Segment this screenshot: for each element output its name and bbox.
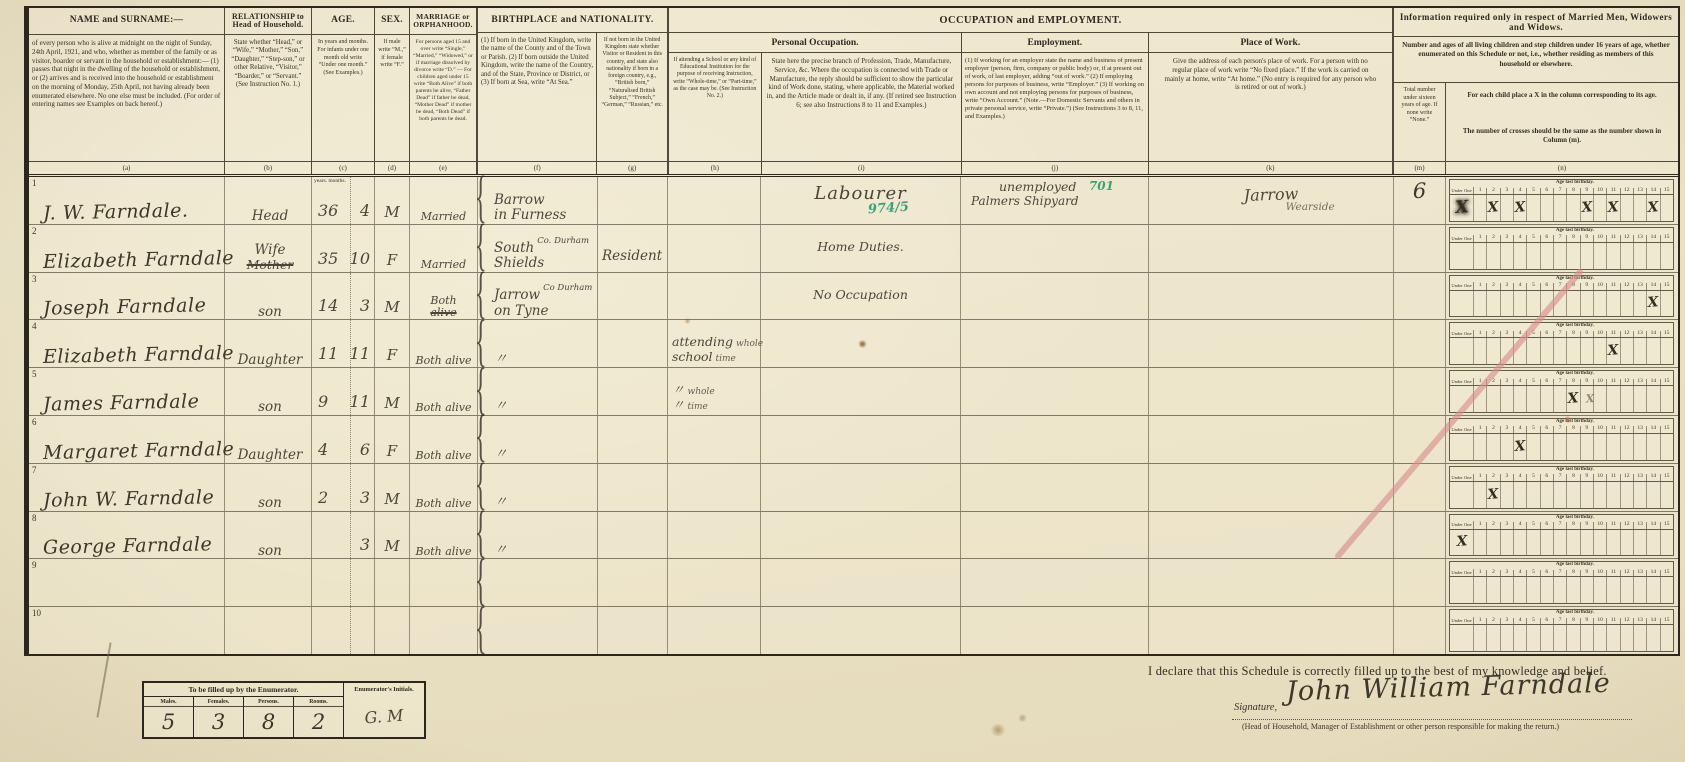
cell-age xyxy=(312,559,375,606)
name-entry: James Farndale xyxy=(43,390,200,415)
cell-relationship: son xyxy=(225,464,312,511)
age-grid-cell xyxy=(1621,338,1634,364)
age-grid-cell xyxy=(1581,577,1594,603)
marriage-entry: Married xyxy=(421,259,466,271)
age-grid-header-label: Age last birthday. xyxy=(1556,228,1594,233)
rooms-header: Rooms. xyxy=(294,697,343,707)
age-grid-cell xyxy=(1514,386,1527,412)
child-age-cross: X xyxy=(1585,392,1594,406)
age-grid-number-header: 1 xyxy=(1474,570,1487,577)
cell-total-under-sixteen xyxy=(1394,273,1446,320)
age-grid-number-header: 14 xyxy=(1647,570,1660,577)
age-grid-cell xyxy=(1450,625,1474,651)
cell-relationship: Head xyxy=(225,177,312,224)
age-grid-number-header: 6 xyxy=(1541,474,1554,481)
age-grid-instruction-2: The number of crosses should be the same… xyxy=(1446,125,1678,161)
birthplace-line1: 〃 xyxy=(494,542,508,558)
age-grid-cell xyxy=(1634,386,1647,412)
age-grid-cell xyxy=(1514,530,1527,556)
cell-occupation: Home Duties. xyxy=(761,225,961,272)
place-of-work-entry xyxy=(1149,229,1393,238)
cell-name: 3 Joseph Farndale xyxy=(29,273,225,320)
age-grid-cell: X xyxy=(1567,386,1580,412)
age-years-entry: 2 xyxy=(318,488,328,507)
age-grid-cell xyxy=(1594,386,1607,412)
header-col-age-grid: For each child place a X in the column c… xyxy=(1446,83,1678,174)
header-col-nationality: If not born in the United Kingdom state … xyxy=(597,33,667,174)
cell-place-of-work xyxy=(1149,559,1394,606)
age-grid-cell: X xyxy=(1487,195,1500,221)
age-grid-cell xyxy=(1661,482,1673,508)
age-grid-number-header: 1 xyxy=(1474,235,1487,242)
age-grid-cell: X xyxy=(1607,338,1620,364)
child-age-cross: X xyxy=(1514,438,1526,455)
cell-place-of-work xyxy=(1149,368,1394,415)
table-row: 4 Elizabeth Farndale Daughter 11 11 F xyxy=(29,320,1678,368)
age-grid-cell: X xyxy=(1514,434,1527,460)
age-grid-cell xyxy=(1474,530,1487,556)
age-grid-cell xyxy=(1501,577,1514,603)
age-grid-cell xyxy=(1501,482,1514,508)
age-grid-number-header: 2 xyxy=(1487,235,1500,242)
age-divider xyxy=(350,607,351,654)
marriage-entry: Both alive xyxy=(415,355,471,367)
cell-employment xyxy=(961,320,1149,367)
attendance-line1-note: whole xyxy=(688,388,715,398)
age-grid-cell xyxy=(1474,434,1487,460)
age-grid-cell xyxy=(1514,482,1527,508)
age-grid-under-one-header: Under One xyxy=(1450,282,1474,289)
age-grid-number-header: 13 xyxy=(1634,474,1647,481)
col-letter-age-grid: (n) xyxy=(1446,161,1678,174)
age-grid-cell xyxy=(1647,338,1660,364)
cell-marriage xyxy=(410,559,478,606)
paper-stain xyxy=(1018,714,1027,722)
col-title-age: AGE. xyxy=(312,8,374,35)
age-grid-number-header: 5 xyxy=(1527,618,1540,625)
cell-employment xyxy=(961,273,1149,320)
cell-age: 9 11 xyxy=(312,368,375,415)
age-grid: Age last birthday.Under One1234567891011… xyxy=(1449,370,1674,413)
age-grid-cell xyxy=(1501,434,1514,460)
age-grid-number-header: 8 xyxy=(1567,379,1580,386)
age-grid-number-header: 2 xyxy=(1487,522,1500,529)
age-grid-number-header: 2 xyxy=(1487,283,1500,290)
age-grid-cell xyxy=(1501,195,1514,221)
age-grid-cell xyxy=(1581,291,1594,317)
age-grid-cell xyxy=(1621,291,1634,317)
name-entry: Joseph Farndale xyxy=(43,295,207,320)
age-months-entry: 3 xyxy=(360,488,370,507)
age-grid-number-header: 13 xyxy=(1634,570,1647,577)
age-grid-cell xyxy=(1594,482,1607,508)
age-divider xyxy=(350,559,351,606)
table-row: 1 J. W. Farndale. Head years. months. 36… xyxy=(29,177,1678,225)
name-entry: Margaret Farndale xyxy=(43,438,235,464)
cell-sex: M xyxy=(375,177,410,224)
age-grid-cell xyxy=(1594,243,1607,269)
table-row: 5 James Farndale son 9 11 M Both ali xyxy=(29,368,1678,416)
age-grid-number-header: 9 xyxy=(1581,618,1594,625)
occupation-code: 974/5 xyxy=(868,200,910,218)
age-grid-cell: X xyxy=(1647,291,1660,317)
age-divider xyxy=(350,512,351,559)
age-grid-number-header: 4 xyxy=(1514,474,1527,481)
cell-occupation xyxy=(761,368,961,415)
age-grid: Age last birthday.Under One1234567891011… xyxy=(1449,322,1674,365)
age-grid-number-header: 7 xyxy=(1554,188,1567,195)
age-grid-number-header: 12 xyxy=(1621,379,1634,386)
age-grid-number-header: 15 xyxy=(1661,474,1673,481)
age-grid-cell xyxy=(1541,434,1554,460)
age-grid-cell xyxy=(1450,577,1474,603)
sex-entry: M xyxy=(375,203,409,221)
age-grid-number-header: 5 xyxy=(1527,283,1540,290)
sex-entry: F xyxy=(375,251,409,269)
age-grid-cell xyxy=(1487,338,1500,364)
age-grid-number-header: 14 xyxy=(1647,283,1660,290)
age-grid-cell xyxy=(1474,482,1487,508)
age-grid-number-header: 2 xyxy=(1487,426,1500,433)
age-grid-cell: X xyxy=(1487,482,1500,508)
signature-note: (Head of Household, Manager of Establish… xyxy=(1242,722,1559,731)
cell-total-under-sixteen xyxy=(1394,607,1446,654)
age-grid-cell xyxy=(1554,386,1567,412)
name-entry: Elizabeth Farndale xyxy=(43,247,234,273)
relationship-entry: son xyxy=(258,545,282,559)
table-row: 7 John W. Farndale son 2 3 M Both al xyxy=(29,464,1678,512)
cell-place-of-work xyxy=(1149,464,1394,511)
col-letter-occupation: (i) xyxy=(762,161,961,174)
header-col-name: NAME and SURNAME:— of every person who i… xyxy=(29,8,225,174)
age-grid-cell xyxy=(1474,625,1487,651)
age-grid-number-header: 5 xyxy=(1527,188,1540,195)
age-grid-number-header: 7 xyxy=(1554,283,1567,290)
age-grid-number-header: 15 xyxy=(1661,570,1673,577)
cell-age-grid: Age last birthday.Under One1234567891011… xyxy=(1446,464,1678,511)
age-grid-number-header: 2 xyxy=(1487,331,1500,338)
cell-sex: M xyxy=(375,464,410,511)
birthplace-line1: 〃 xyxy=(494,398,508,414)
cell-birthplace: { xyxy=(478,559,598,606)
age-grid-cell xyxy=(1661,625,1673,651)
child-age-cross: X xyxy=(1607,199,1619,216)
age-grid-cell: X xyxy=(1450,530,1474,556)
cell-nationality xyxy=(598,320,668,367)
col-letter-attendance: (h) xyxy=(669,161,761,174)
age-grid-cell xyxy=(1554,625,1567,651)
header-col-sex: SEX. If male write “M.,” if female write… xyxy=(375,8,410,174)
age-grid-under-one-header: Under One xyxy=(1450,617,1474,624)
age-grid-header-label: Age last birthday. xyxy=(1556,467,1594,472)
attendance-line2: school xyxy=(672,350,713,364)
signature-underline xyxy=(1232,719,1632,720)
age-grid-cell xyxy=(1607,434,1620,460)
age-grid-cell xyxy=(1634,243,1647,269)
cell-total-under-sixteen xyxy=(1394,559,1446,606)
cell-employment xyxy=(961,416,1149,463)
cell-age-grid: Age last birthday.Under One1234567891011… xyxy=(1446,512,1678,559)
age-grid-number-header: 4 xyxy=(1514,283,1527,290)
header-col-occupation: State here the precise branch of Profess… xyxy=(762,53,961,174)
place-of-work-entry xyxy=(1149,611,1393,620)
cell-birthplace: { xyxy=(478,607,598,654)
age-grid-number-header: 8 xyxy=(1567,570,1580,577)
age-grid-number-header: 12 xyxy=(1621,283,1634,290)
place-of-work-note: Wearside xyxy=(1286,201,1335,213)
age-grid-number-header: 10 xyxy=(1594,474,1607,481)
age-grid-number-header: 5 xyxy=(1527,379,1540,386)
header-col-attendance: If attending a School or any kind of Edu… xyxy=(669,53,762,174)
cell-occupation: Labourer 974/5 xyxy=(761,177,961,224)
employment-line2: Palmers Shipyard xyxy=(971,194,1148,208)
child-age-cross: X xyxy=(1456,534,1468,551)
age-grid-number-header: 13 xyxy=(1634,331,1647,338)
cell-name: 2 Elizabeth Farndale xyxy=(29,225,225,272)
col-instructions-name: of every person who is alive at midnight… xyxy=(29,35,224,161)
age-grid-cell xyxy=(1621,386,1634,412)
age-grid-cell xyxy=(1527,291,1540,317)
age-grid-number-header: 12 xyxy=(1621,618,1634,625)
cell-marriage: Both alive xyxy=(410,464,478,511)
col-title-marriage: MARRIAGE or ORPHANHOOD. xyxy=(410,8,476,35)
cell-sex: F xyxy=(375,320,410,367)
age-grid-cell xyxy=(1474,338,1487,364)
marriage-entry: Both alive xyxy=(415,402,471,414)
age-grid-number-header: 8 xyxy=(1567,474,1580,481)
age-grid-number-header: 11 xyxy=(1607,188,1620,195)
cell-relationship xyxy=(225,607,312,654)
age-grid-cell xyxy=(1621,577,1634,603)
age-grid-cell xyxy=(1514,577,1527,603)
cell-marriage: Both alive xyxy=(410,320,478,367)
relationship-entry: son xyxy=(258,497,282,511)
age-grid-number-header: 15 xyxy=(1661,283,1673,290)
age-grid-number-header: 13 xyxy=(1634,283,1647,290)
age-grid-under-one-header: Under One xyxy=(1450,474,1474,481)
age-grid-cell xyxy=(1487,530,1500,556)
age-grid-number-header: 15 xyxy=(1661,426,1673,433)
child-age-cross: X xyxy=(1454,197,1469,218)
group-title-birthplace: BIRTHPLACE and NATIONALITY. xyxy=(478,8,667,33)
age-grid-cell xyxy=(1594,530,1607,556)
age-grid-number-header: 2 xyxy=(1487,474,1500,481)
cell-employment xyxy=(961,368,1149,415)
employment-line1: unemployed xyxy=(999,179,1148,194)
age-grid: Age last birthday.Under One1234567891011… xyxy=(1449,514,1674,557)
females-value: 3 xyxy=(194,707,243,737)
age-grid-number-header: 11 xyxy=(1607,426,1620,433)
cell-place-of-work xyxy=(1149,607,1394,654)
age-grid-number-header: 4 xyxy=(1514,618,1527,625)
cell-total-under-sixteen xyxy=(1394,225,1446,272)
col-instructions-age: In years and months. For infants under o… xyxy=(312,35,374,161)
age-grid-number-header: 7 xyxy=(1554,331,1567,338)
enumerator-col-rooms: Rooms. 2 xyxy=(294,697,343,737)
age-grid-number-header: 3 xyxy=(1501,188,1514,195)
cell-occupation xyxy=(761,559,961,606)
header-group-birthplace: BIRTHPLACE and NATIONALITY. (1) If born … xyxy=(478,8,668,174)
age-grid-number-header: 10 xyxy=(1594,618,1607,625)
cell-age: 11 11 xyxy=(312,320,375,367)
attendance-line1: 〃 xyxy=(672,383,685,397)
age-divider xyxy=(350,464,351,511)
header-group-occupation: OCCUPATION and EMPLOYMENT. Personal Occu… xyxy=(668,8,1394,174)
age-grid-header-label: Age last birthday. xyxy=(1556,276,1594,281)
age-grid-number-header: 8 xyxy=(1567,522,1580,529)
header-col-place-of-work: Place of Work. Give the address of each … xyxy=(1149,33,1392,174)
age-grid-number-header: 13 xyxy=(1634,188,1647,195)
age-grid-number-header: 14 xyxy=(1647,474,1660,481)
header-col-employment: Employment. (1) If working for an employ… xyxy=(962,33,1149,174)
age-grid-cell xyxy=(1607,577,1620,603)
age-grid-number-header: 1 xyxy=(1474,331,1487,338)
married-info-description: Number and ages of all living children a… xyxy=(1394,37,1678,83)
age-grid-number-header: 9 xyxy=(1581,235,1594,242)
age-grid-number-header: 2 xyxy=(1487,379,1500,386)
age-grid-cell xyxy=(1567,195,1580,221)
age-grid-cell xyxy=(1581,338,1594,364)
attendance-line2-note: time xyxy=(688,403,708,413)
age-grid-number-header: 1 xyxy=(1474,522,1487,529)
age-grid-number-header: 5 xyxy=(1527,570,1540,577)
place-of-work-entry xyxy=(1149,420,1393,429)
age-grid-cell xyxy=(1607,291,1620,317)
cell-age-grid: Age last birthday.Under One1234567891011… xyxy=(1446,273,1678,320)
age-grid-cell xyxy=(1554,434,1567,460)
age-months-entry: 4 xyxy=(360,201,370,220)
age-grid-cell xyxy=(1621,195,1634,221)
row-number: 3 xyxy=(32,274,37,284)
col-letter-name: (a) xyxy=(29,161,224,174)
age-grid-cell xyxy=(1474,195,1487,221)
age-grid-cell xyxy=(1634,291,1647,317)
sex-entry: M xyxy=(375,490,409,508)
age-grid-number-header: 1 xyxy=(1474,474,1487,481)
cell-total-under-sixteen: 6 xyxy=(1394,177,1446,224)
age-months-entry: 3 xyxy=(360,296,370,315)
age-grid-cell xyxy=(1474,577,1487,603)
age-grid-cell xyxy=(1450,243,1474,269)
cell-birthplace: { 〃 xyxy=(478,416,598,463)
age-grid-number-header: 3 xyxy=(1501,522,1514,529)
cell-age-grid: Age last birthday.Under One1234567891011… xyxy=(1446,416,1678,463)
age-grid-cell xyxy=(1607,386,1620,412)
birthplace-line2: in Furness xyxy=(494,208,597,224)
enumerator-box-title: To be filled up by the Enumerator. xyxy=(144,683,343,697)
cell-school-attendance xyxy=(668,559,761,606)
age-grid-cell xyxy=(1661,195,1673,221)
col-instructions-attendance: If attending a School or any kind of Edu… xyxy=(669,53,761,161)
age-grid-number-header: 1 xyxy=(1474,188,1487,195)
age-grid-number-header: 12 xyxy=(1621,188,1634,195)
age-grid-cell xyxy=(1541,625,1554,651)
age-grid-number-header: 3 xyxy=(1501,379,1514,386)
cell-age-grid: Age last birthday.Under One1234567891011… xyxy=(1446,320,1678,367)
age-grid-cell xyxy=(1554,291,1567,317)
age-grid-cell: X xyxy=(1581,195,1594,221)
table-row: 10 xyxy=(29,607,1678,654)
age-grid-cell xyxy=(1621,243,1634,269)
age-divider xyxy=(350,177,351,224)
age-grid-under-one-header: Under One xyxy=(1450,426,1474,433)
col-instructions-nationality: If not born in the United Kingdom state … xyxy=(597,33,667,161)
age-grid-cell xyxy=(1634,577,1647,603)
sex-entry: F xyxy=(375,442,409,460)
cell-school-attendance xyxy=(668,464,761,511)
age-grid-cell xyxy=(1541,530,1554,556)
age-grid-cell xyxy=(1554,530,1567,556)
age-grid-cell xyxy=(1647,243,1660,269)
age-months-entry: 6 xyxy=(360,440,370,459)
age-grid-number-header: 8 xyxy=(1567,188,1580,195)
header-group-married-info: Information required only in respect of … xyxy=(1394,8,1678,174)
age-grid-cell xyxy=(1541,338,1554,364)
marriage-entry: Married xyxy=(421,211,466,223)
cell-name: 4 Elizabeth Farndale xyxy=(29,320,225,367)
age-grid-number-header: 11 xyxy=(1607,283,1620,290)
cell-name: 9 xyxy=(29,559,225,606)
marriage-entry: Both alive xyxy=(415,546,471,558)
age-grid-number-header: 10 xyxy=(1594,235,1607,242)
cell-school-attendance: 〃whole 〃time xyxy=(668,368,761,415)
age-years-entry: 9 xyxy=(318,392,328,411)
cell-relationship: son xyxy=(225,273,312,320)
cell-occupation xyxy=(761,512,961,559)
col-title-employment: Employment. xyxy=(962,33,1148,53)
age-months-entry: 11 xyxy=(350,392,370,411)
age-grid-instruction-1: For each child place a X in the column c… xyxy=(1446,83,1678,125)
age-grid-number-header: 10 xyxy=(1594,426,1607,433)
males-header: Males. xyxy=(144,697,193,707)
age-grid-number-header: 14 xyxy=(1647,188,1660,195)
age-grid-cell xyxy=(1634,434,1647,460)
age-grid-cell xyxy=(1634,338,1647,364)
age-grid-number-header: 14 xyxy=(1647,522,1660,529)
table-row: 3 Joseph Farndale son 14 3 M Both xyxy=(29,273,1678,321)
age-grid-number-header: 11 xyxy=(1607,618,1620,625)
age-grid-cell xyxy=(1541,195,1554,221)
cell-sex: M xyxy=(375,512,410,559)
cell-birthplace: { JarrowCo Durham on Tyne xyxy=(478,273,598,320)
age-years-entry: 11 xyxy=(318,344,338,363)
cell-school-attendance xyxy=(668,177,761,224)
cell-marriage: Married xyxy=(410,177,478,224)
col-title-sex: SEX. xyxy=(375,8,409,35)
cell-name: 6 Margaret Farndale xyxy=(29,416,225,463)
age-grid-cell: X xyxy=(1647,195,1660,221)
persons-value: 8 xyxy=(244,707,293,737)
age-grid: Age last birthday.Under One1234567891011… xyxy=(1449,609,1674,652)
age-grid-header-label: Age last birthday. xyxy=(1556,323,1594,328)
cell-employment: unemployed Palmers Shipyard 701 xyxy=(961,177,1149,224)
age-grid-number-header: 3 xyxy=(1501,426,1514,433)
cell-sex: F xyxy=(375,416,410,463)
age-grid-cell xyxy=(1661,434,1673,460)
age-grid-cell xyxy=(1527,577,1540,603)
enumerator-col-males: Males. 5 xyxy=(144,697,194,737)
cell-marriage: Both alive xyxy=(410,368,478,415)
cell-name: 7 John W. Farndale xyxy=(29,464,225,511)
age-grid-cell xyxy=(1541,482,1554,508)
age-grid-cell xyxy=(1567,291,1580,317)
age-grid-number-header: 3 xyxy=(1501,235,1514,242)
age-grid-number-header: 8 xyxy=(1567,283,1580,290)
name-entry: George Farndale xyxy=(43,534,213,560)
age-grid-cell xyxy=(1487,386,1500,412)
col-instructions-place-of-work: Give the address of each person's place … xyxy=(1149,53,1392,161)
age-grid-number-header: 14 xyxy=(1647,426,1660,433)
